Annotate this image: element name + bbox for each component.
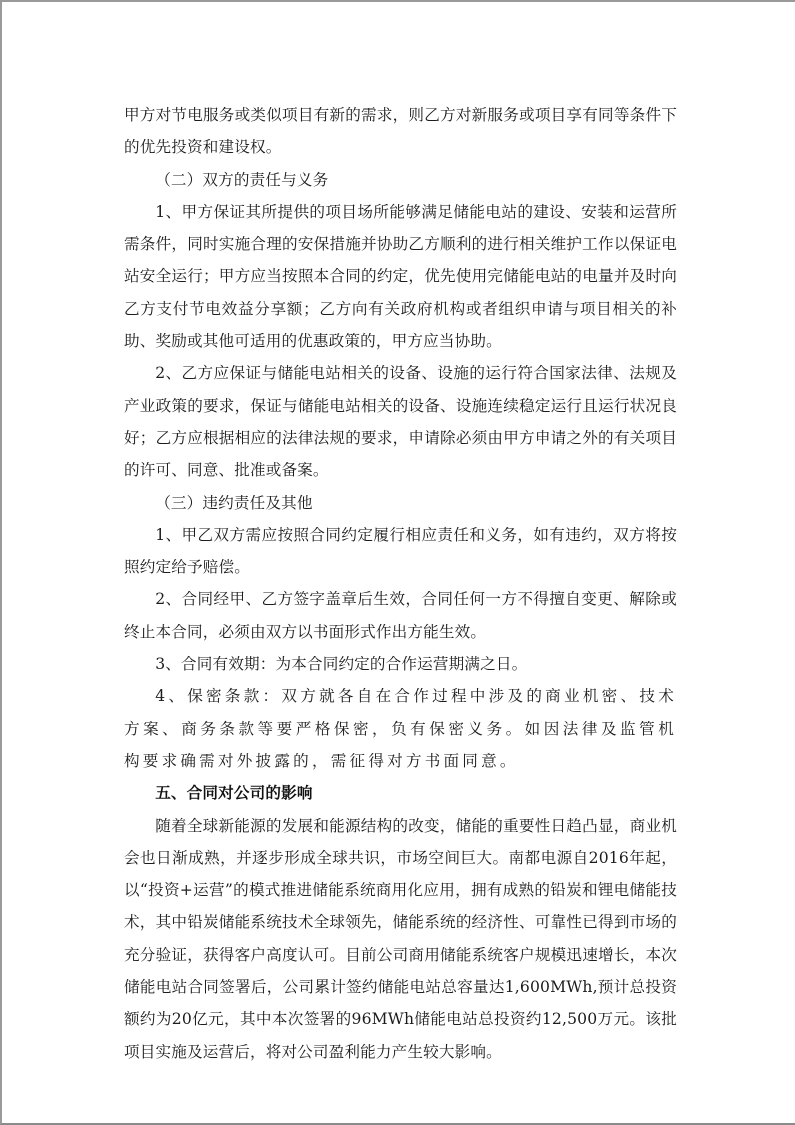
breach-item-1: 1、甲乙双方需应按照合同约定履行相应责任和义务，如有违约，双方将按照约定给予赔偿… <box>124 519 677 584</box>
responsibility-item-1: 1、甲方保证其所提供的项目场所能够满足储能电站的建设、安装和运营所需条件，同时实… <box>124 196 677 357</box>
section-heading-responsibilities: （二）双方的责任与义务 <box>124 164 677 196</box>
breach-item-2: 2、合同经甲、乙方签字盖章后生效，合同任何一方不得擅自变更、解除或终止本合同，必… <box>124 583 677 648</box>
breach-item-4-confidentiality: 4、保密条款：双方就各自在合作过程中涉及的商业机密、技术方案、商务条款等要严格保… <box>124 680 677 777</box>
document-page: 甲方对节电服务或类似项目有新的需求，则乙方对新服务或项目享有同等条件下的优先投资… <box>0 0 795 1125</box>
document-body: 甲方对节电服务或类似项目有新的需求，则乙方对新服务或项目享有同等条件下的优先投资… <box>124 99 677 1068</box>
section-heading-company-impact: 五、合同对公司的影响 <box>124 777 677 809</box>
company-impact-paragraph: 随着全球新能源的发展和能源结构的改变，储能的重要性日趋凸显，商业机会也日渐成熟，… <box>124 810 677 1068</box>
breach-item-3: 3、合同有效期：为本合同约定的合作运营期满之日。 <box>124 648 677 680</box>
section-heading-breach-liability: （三）违约责任及其他 <box>124 487 677 519</box>
continued-paragraph: 甲方对节电服务或类似项目有新的需求，则乙方对新服务或项目享有同等条件下的优先投资… <box>124 99 677 164</box>
responsibility-item-2: 2、乙方应保证与储能电站相关的设备、设施的运行符合国家法律、法规及产业政策的要求… <box>124 357 677 486</box>
